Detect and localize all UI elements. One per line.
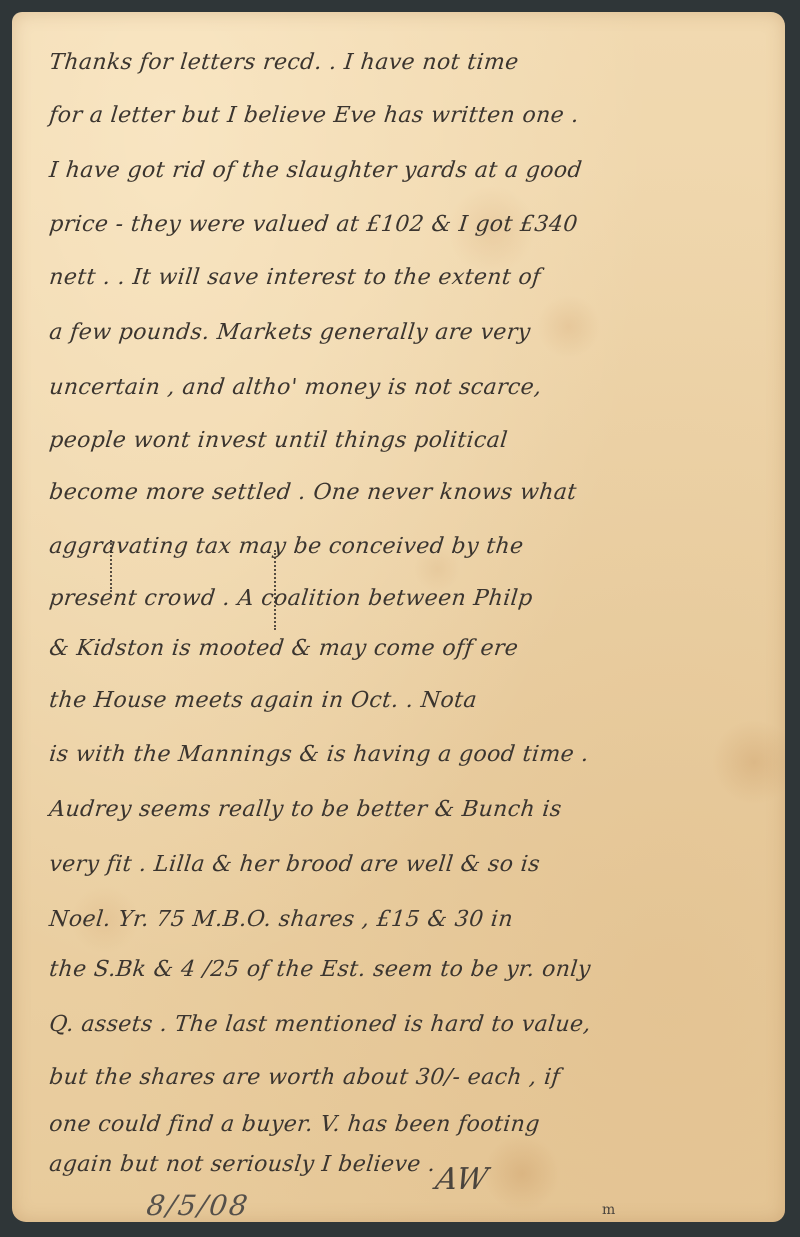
- letter-line: Audrey seems really to be better & Bunch…: [48, 797, 563, 822]
- letter-line: Noel. Yr. 75 M.B.O. shares , £15 & 30 in: [48, 907, 514, 932]
- letter-line: present crowd . A coalition between Phil…: [48, 586, 534, 611]
- insertion-guide-mark: [274, 550, 276, 630]
- letter-line: uncertain , and altho' money is not scar…: [48, 375, 543, 400]
- letter-line: one could find a buyer. V. has been foot…: [48, 1112, 541, 1137]
- letter-line: but the shares are worth about 30/- each…: [48, 1065, 561, 1090]
- letter-line: price - they were valued at £102 & I got…: [48, 212, 579, 237]
- letter-line: Thanks for letters recd. . I have not ti…: [48, 50, 520, 75]
- letter-line: Q. assets . The last mentioned is hard t…: [48, 1012, 592, 1037]
- letter-line: aggravating tax may be conceived by the: [48, 534, 525, 559]
- letter-line: the S.Bk & 4 /25 of the Est. seem to be …: [48, 957, 592, 982]
- corner-mark: m: [602, 1202, 615, 1218]
- letter-line: for a letter but I believe Eve has writt…: [48, 103, 580, 128]
- letter-line: people wont invest until things politica…: [48, 428, 509, 453]
- letter-line: nett . . It will save interest to the ex…: [48, 265, 542, 290]
- letter-line: the House meets again in Oct. . Nota: [48, 688, 478, 713]
- letter-line: is with the Mannings & is having a good …: [48, 742, 590, 767]
- letter-card: Thanks for letters recd. . I have not ti…: [12, 12, 785, 1222]
- letter-line: a few pounds. Markets generally are very: [48, 320, 532, 345]
- letter-date: 8/5/08: [145, 1189, 252, 1222]
- signature: AW: [433, 1162, 490, 1197]
- letter-line: I have got rid of the slaughter yards at…: [48, 158, 583, 183]
- letter-line: very fit . Lilla & her brood are well & …: [48, 852, 541, 877]
- letter-line: & Kidston is mooted & may come off ere: [48, 636, 520, 661]
- letter-line: again but not seriously I believe .: [48, 1152, 437, 1177]
- letter-line: become more settled . One never knows wh…: [48, 480, 578, 505]
- insertion-guide-mark: [110, 540, 112, 592]
